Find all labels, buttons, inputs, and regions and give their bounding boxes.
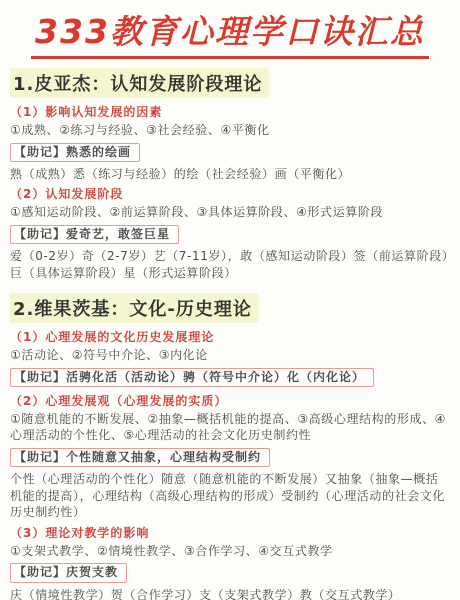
mnemonic-row: 【助记】活骋化活（活动论）骋（符号中介论）化（内化论） <box>10 366 450 389</box>
list-line-theories: ①活动论、②符号中介论、③内化论 <box>10 347 450 364</box>
mnemonic-expansion-drawing: 熟（成熟）悉（练习与经验）的绘（社会经验）画（平衡化） <box>10 166 450 183</box>
section-piaget: 1.皮亚杰：认知发展阶段理论 （1）影响认知发展的因素 ①成熟、②练习与经验、③… <box>10 66 450 281</box>
section-vygotsky: 2.维果茨基：文化-历史理论 （1）心理发展的文化历史发展理论 ①活动论、②符号… <box>10 291 450 600</box>
mnemonic-row: 【助记】爱奇艺，敢签巨星 <box>10 223 450 246</box>
subheading-development-view: （2）心理发展观（心理发展的实质） <box>10 392 450 409</box>
mnemonic-box-personality: 【助记】个性随意又抽象，心理结构受制约 <box>10 448 270 467</box>
list-line-teaching: ①支架式教学、②情境性教学、③合作学习、④交互式教学 <box>10 543 450 560</box>
list-line-stages: ①感知运动阶段、②前运算阶段、③具体运算阶段、④形式运算阶段 <box>10 204 450 221</box>
title-area: 333教育心理学口诀汇总 <box>10 6 450 59</box>
mnemonic-box-huo: 【助记】活骋化活（活动论）骋（符号中介论）化（内化论） <box>10 368 374 387</box>
subheading-factors: （1）影响认知发展的因素 <box>10 103 450 120</box>
mnemonic-row: 【助记】熟悉的绘画 <box>10 141 450 164</box>
subheading-teaching-influence: （3）理论对教学的影响 <box>10 524 450 541</box>
mnemonic-box-iqiyi: 【助记】爱奇艺，敢签巨星 <box>10 225 179 244</box>
mnemonic-box-qinghe: 【助记】庆贺支教 <box>10 563 127 582</box>
study-notes-page: 333教育心理学口诀汇总 1.皮亚杰：认知发展阶段理论 （1）影响认知发展的因素… <box>0 0 460 600</box>
mnemonic-expansion-qinghe: 庆（情境性教学）贺（合作学习）支（支架式教学）教（交互式教学） <box>10 587 450 600</box>
subheading-stages: （2）认知发展阶段 <box>10 185 450 202</box>
mnemonic-expansion-iqiyi: 爱（0-2岁）奇（2-7岁）艺（7-11岁），敢（感知运动阶段）签（前运算阶段）… <box>10 248 450 281</box>
section-heading-vygotsky: 2.维果茨基：文化-历史理论 <box>10 293 259 323</box>
subheading-cultural-history: （1）心理发展的文化历史发展理论 <box>10 328 450 345</box>
mnemonic-box-drawing: 【助记】熟悉的绘画 <box>10 143 140 162</box>
list-line-development-view: ①随意机能的不断发展、②抽象—概括机能的提高、③高级心理结构的形成、④心理活动的… <box>10 411 450 444</box>
mnemonic-row: 【助记】庆贺支教 <box>10 561 450 584</box>
mnemonic-expansion-personality: 个性（心理活动的个性化）随意（随意机能的不断发展）又抽象（抽象—概括机能的提高）… <box>10 471 450 521</box>
section-heading-piaget: 1.皮亚杰：认知发展阶段理论 <box>10 68 269 98</box>
list-line-factors: ①成熟、②练习与经验、③社会经验、④平衡化 <box>10 122 450 139</box>
mnemonic-row: 【助记】个性随意又抽象，心理结构受制约 <box>10 446 450 469</box>
page-title: 333教育心理学口诀汇总 <box>31 6 429 59</box>
